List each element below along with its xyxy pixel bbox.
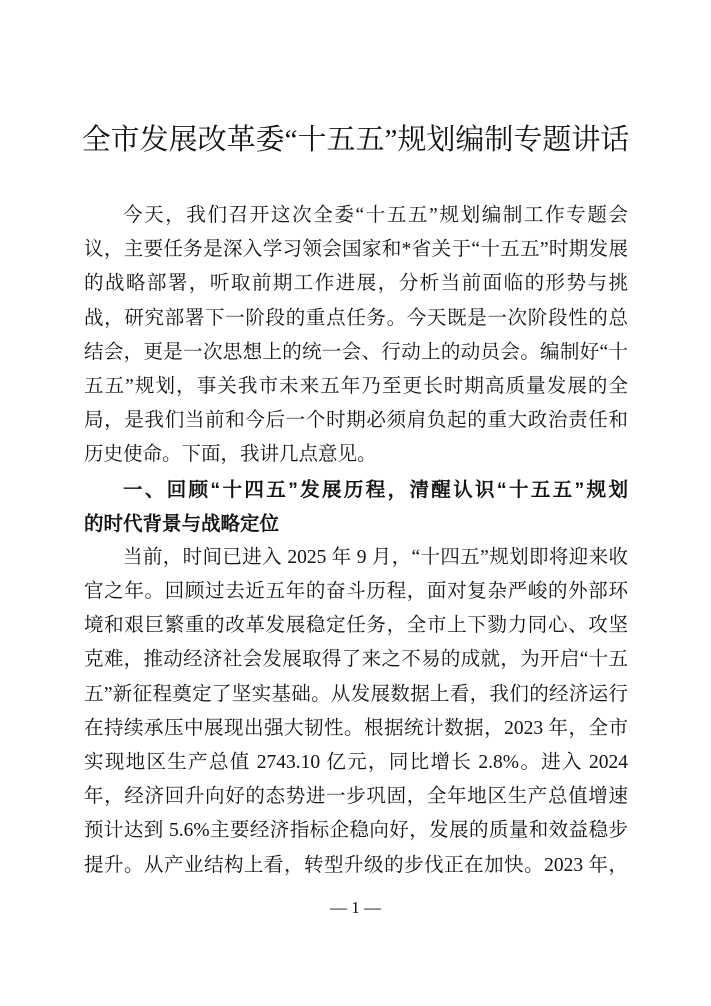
- paragraph-line: 境和艰巨繁重的改革发展稳定任务，全市上下勠力同心、攻坚: [84, 609, 628, 643]
- section-heading-line: 一、回顾“十四五”发展历程，清醒认识“十五五”规划: [84, 473, 628, 507]
- paragraph-line: 的战略部署，听取前期工作进展，分析当前面临的形势与挑: [84, 267, 628, 301]
- paragraph-line: 五”新征程奠定了坚实基础。从发展数据上看，我们的经济运行: [84, 678, 628, 712]
- document-page: 全市发展改革委“十五五”规划编制专题讲话 今天，我们召开这次全委“十五五”规划编…: [0, 0, 711, 1006]
- document-body: 今天，我们召开这次全委“十五五”规划编制工作专题会 议，主要任务是深入学习领会国…: [84, 199, 628, 883]
- paragraph-line: 克难，推动经济社会发展取得了来之不易的成就，为开启“十五: [84, 643, 628, 677]
- paragraph-line: 局，是我们当前和今后一个时期必须肩负起的重大政治责任和: [84, 404, 628, 438]
- paragraph-line: 提升。从产业结构上看，转型升级的步伐正在加快。2023 年，: [84, 849, 628, 883]
- paragraph-line: 预计达到 5.6%主要经济指标企稳向好，发展的质量和效益稳步: [84, 814, 628, 848]
- section-heading-line: 的时代背景与战略定位: [84, 507, 628, 541]
- page-number: — 1 —: [0, 897, 711, 919]
- paragraph-line: 当前，时间已进入 2025 年 9 月，“十四五”规划即将迎来收: [84, 541, 628, 575]
- document-title: 全市发展改革委“十五五”规划编制专题讲话: [0, 121, 711, 159]
- paragraph-line: 历史使命。下面，我讲几点意见。: [84, 438, 628, 472]
- paragraph-line: 五五”规划，事关我市未来五年乃至更长时期高质量发展的全: [84, 370, 628, 404]
- paragraph-line: 官之年。回顾过去近五年的奋斗历程，面对复杂严峻的外部环: [84, 575, 628, 609]
- paragraph-line: 战，研究部署下一阶段的重点任务。今天既是一次阶段性的总: [84, 302, 628, 336]
- paragraph-line: 在持续承压中展现出强大韧性。根据统计数据，2023 年，全市: [84, 712, 628, 746]
- paragraph-line: 实现地区生产总值 2743.10 亿元，同比增长 2.8%。进入 2024: [84, 746, 628, 780]
- paragraph-line: 年，经济回升向好的态势进一步巩固，全年地区生产总值增速: [84, 780, 628, 814]
- paragraph-line: 结会，更是一次思想上的统一会、行动上的动员会。编制好“十: [84, 336, 628, 370]
- paragraph-line: 今天，我们召开这次全委“十五五”规划编制工作专题会: [84, 199, 628, 233]
- paragraph-line: 议，主要任务是深入学习领会国家和*省关于“十五五”时期发展: [84, 233, 628, 267]
